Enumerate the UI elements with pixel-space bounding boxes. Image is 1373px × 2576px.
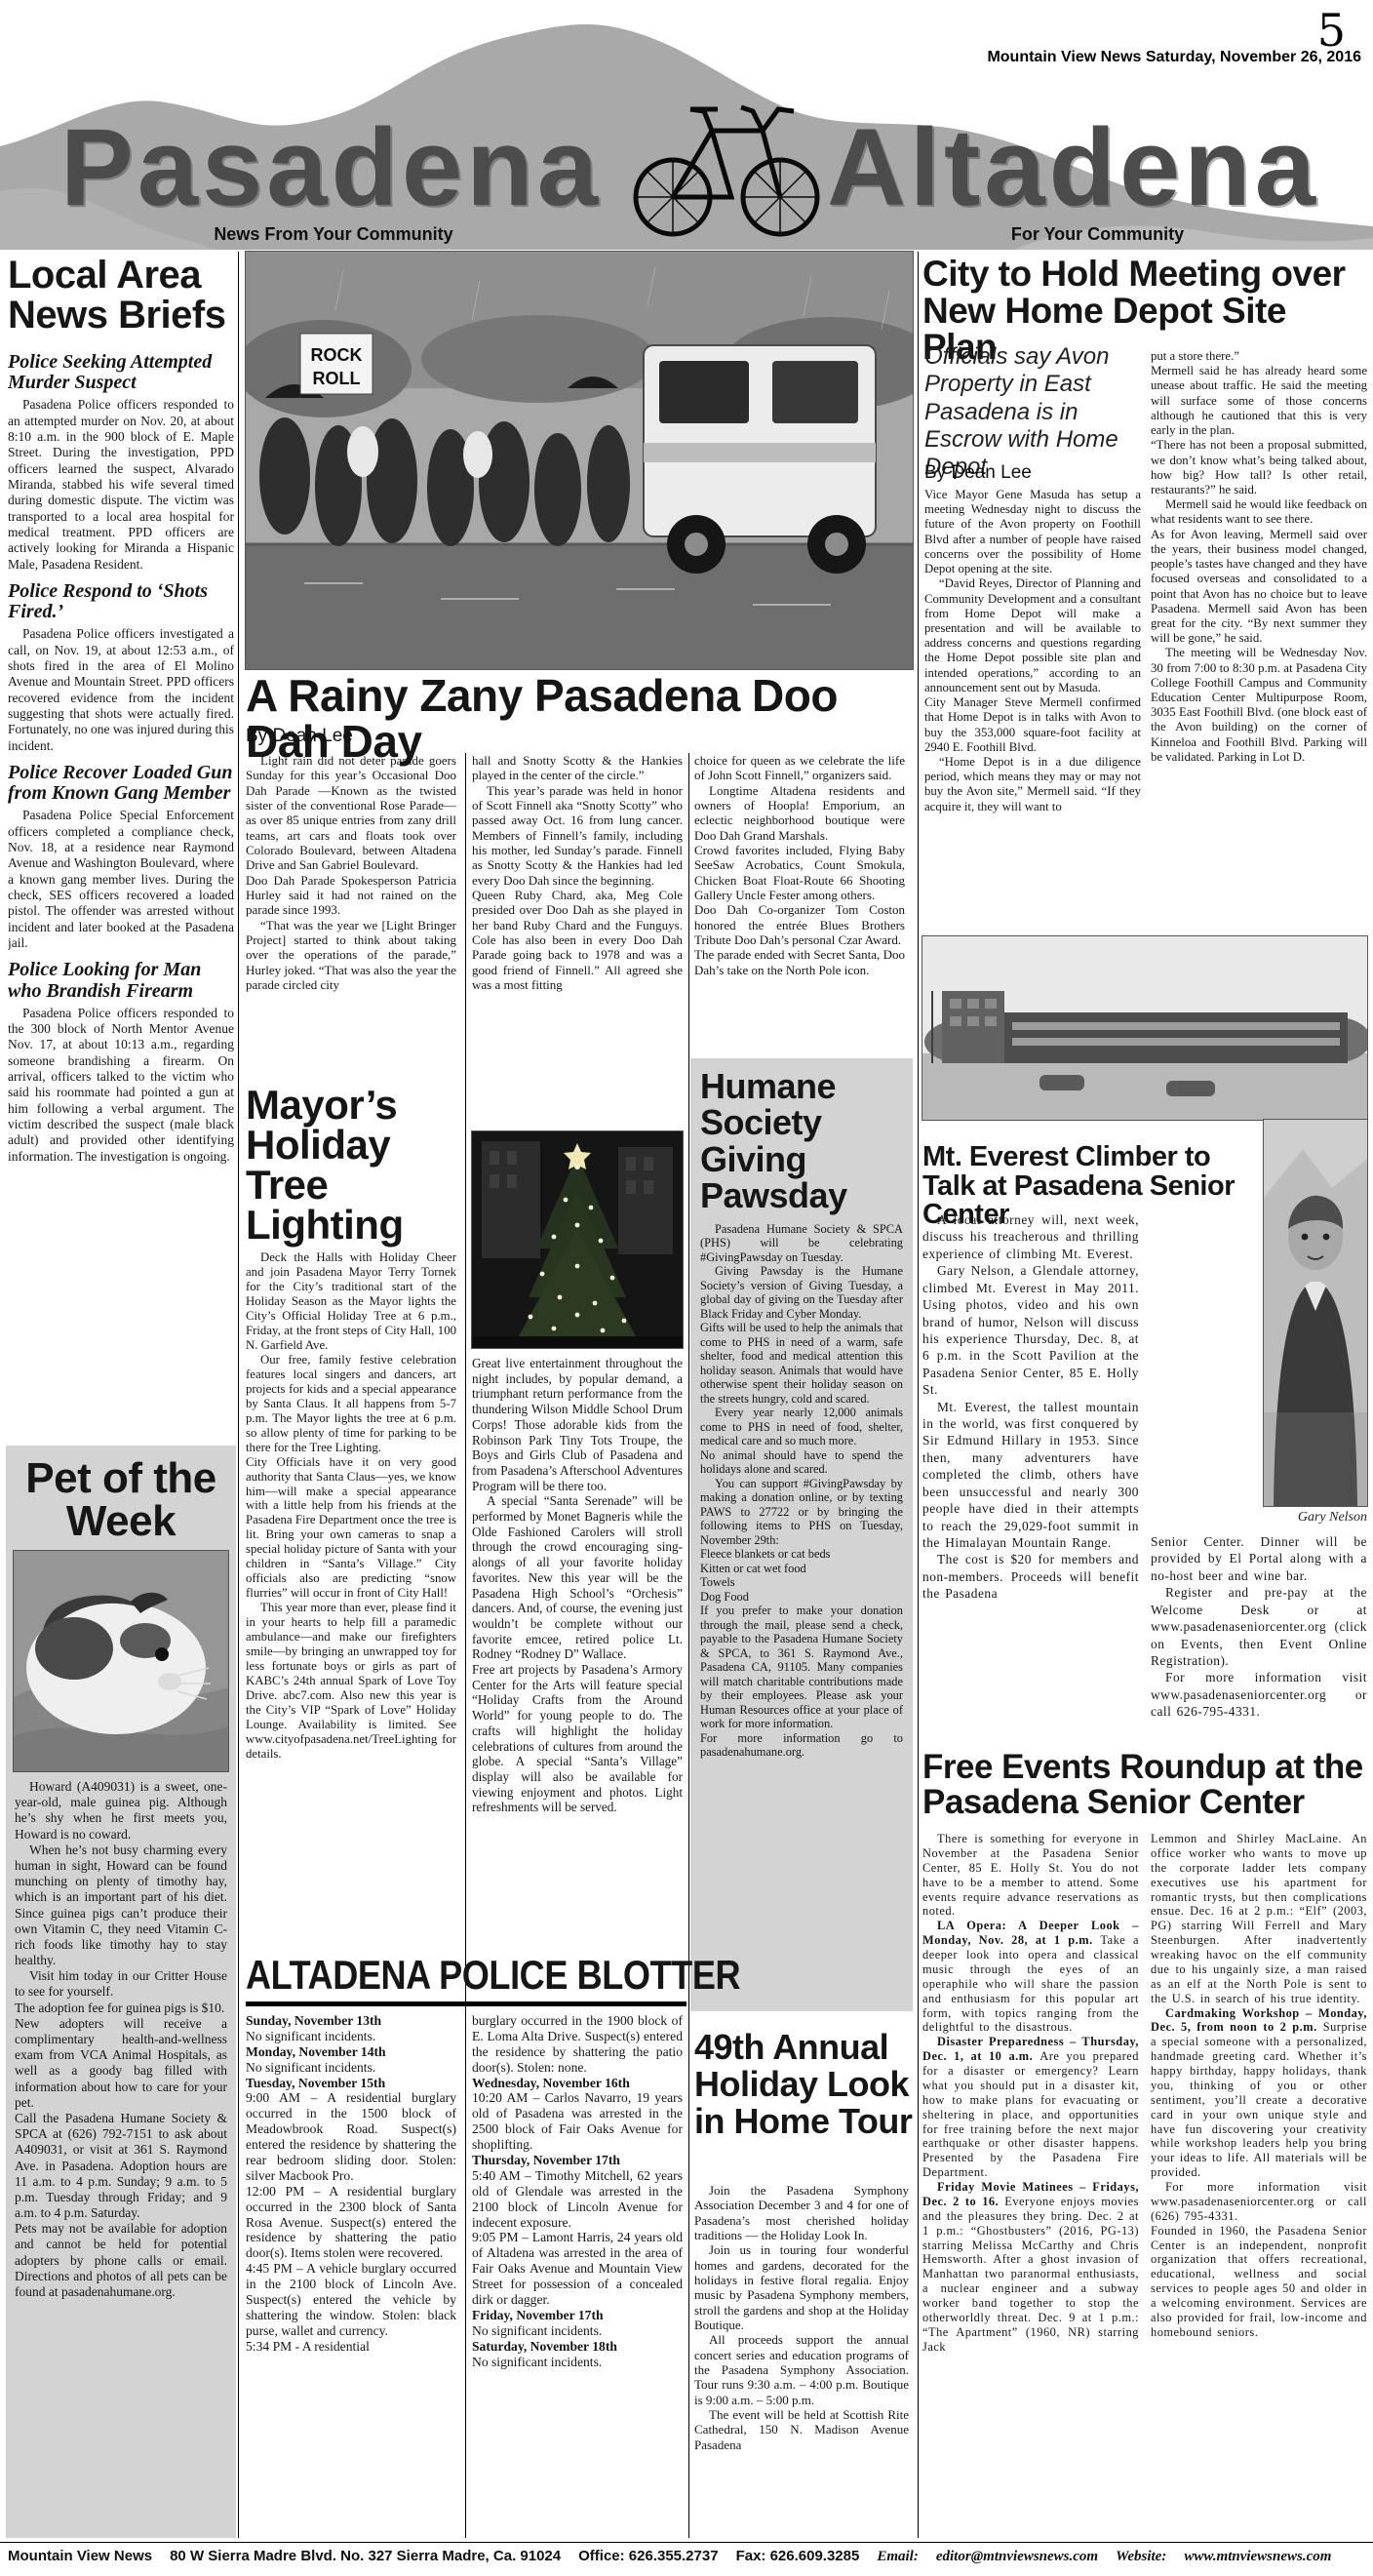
free-events-col2: Lemmon and Shirley MacLaine. An office w… bbox=[1151, 1832, 1367, 2534]
brief-heading: Police Respond to ‘Shots Fired.’ bbox=[8, 581, 234, 622]
footer-address: 80 W Sierra Madre Blvd. No. 327 Sierra M… bbox=[170, 2548, 561, 2564]
paragraph: For more information visit www.pasadenas… bbox=[1151, 1669, 1367, 1720]
paragraph: Every year nearly 12,000 animals come to… bbox=[700, 1406, 903, 1448]
footer: Mountain View News 80 W Sierra Madre Blv… bbox=[8, 2548, 1365, 2565]
paragraph: A local attorney will, next week, discus… bbox=[922, 1211, 1139, 1262]
paragraph: There is something for everyone in Novem… bbox=[922, 1832, 1139, 1919]
footer-office-phone: Office: 626.355.2737 bbox=[578, 2548, 718, 2564]
paragraph: “There has not been a proposal submitted… bbox=[1151, 438, 1367, 497]
doo-dah-col3: choice for queen as we celebrate the lif… bbox=[694, 753, 905, 1051]
paragraph: 5:34 PM - A residential bbox=[246, 2339, 456, 2355]
paragraph: choice for queen as we celebrate the lif… bbox=[694, 753, 905, 783]
paragraph: hall and Snotty Scotty & the Hankies pla… bbox=[472, 753, 683, 783]
paragraph: Queen Ruby Chard, aka, Meg Cole presided… bbox=[472, 888, 683, 992]
footer-fax: Fax: 626.609.3285 bbox=[736, 2548, 860, 2564]
paragraph: You can support #GivingPawsday by making… bbox=[700, 1477, 903, 1548]
paragraph: Monday, November 14th bbox=[246, 2044, 456, 2060]
mayors-tree-col2: Great live entertainment throughout the … bbox=[472, 1356, 683, 1970]
guinea-pig-photo bbox=[14, 1551, 228, 1771]
paragraph: Pets may not be available for adoption a… bbox=[15, 2221, 227, 2300]
paragraph: Visit him today in our Critter House to … bbox=[15, 1968, 227, 2000]
home-depot-col2: put a store there.”Mermell said he has a… bbox=[1151, 349, 1367, 929]
doo-dah-title: A Rainy Zany Pasadena Doo Dah Day bbox=[246, 673, 913, 765]
police-blotter-rule bbox=[246, 2001, 686, 2006]
paragraph: For more information go to pasadenahuman… bbox=[700, 1731, 903, 1760]
paragraph: No significant incidents. bbox=[472, 2355, 683, 2370]
paragraph: Towels bbox=[700, 1575, 903, 1590]
paragraph: Our free, family festive celebration fea… bbox=[246, 1353, 456, 1455]
paragraph: Fleece blankets or cat beds bbox=[700, 1547, 903, 1562]
paragraph: Mermell said he has already heard some u… bbox=[1151, 364, 1367, 438]
paragraph: Lemmon and Shirley MacLaine. An office w… bbox=[1151, 1832, 1367, 2006]
paragraph: Longtime Altadena residents and owners o… bbox=[694, 783, 905, 843]
paragraph: If you prefer to make your donation thro… bbox=[700, 1604, 903, 1731]
paragraph: burglary occurred in the 1900 block of E… bbox=[472, 2013, 683, 2076]
mayors-tree-title: Mayor’s Holiday Tree Lighting bbox=[246, 1085, 451, 1246]
everest-col2: Senior Center. Dinner will be provided b… bbox=[1151, 1533, 1367, 1738]
free-events-title: Free Events Roundup at the Pasadena Seni… bbox=[922, 1750, 1369, 1819]
paragraph: The adoption fee for guinea pigs is $10. bbox=[15, 2001, 227, 2016]
paragraph: When he’s not busy charming every human … bbox=[15, 1843, 227, 1969]
pet-of-the-week-title: Pet of the Week bbox=[14, 1457, 228, 1543]
paragraph: 9:05 PM – Lamont Harris, 24 years old of… bbox=[472, 2230, 683, 2307]
paragraph: 10:20 AM – Carlos Navarro, 19 years old … bbox=[472, 2090, 683, 2153]
paragraph: Sunday, November 13th bbox=[246, 2013, 456, 2029]
paragraph: Crowd favorites included, Flying Baby Se… bbox=[694, 843, 905, 902]
tagline-right: For Your Community bbox=[827, 224, 1368, 245]
paragraph: Doo Dah Co-organizer Tom Coston honored … bbox=[694, 902, 905, 947]
parade-sign-text: ROLL bbox=[313, 369, 361, 388]
paragraph: The parade ended with Secret Santa, Doo … bbox=[694, 947, 905, 977]
paragraph: No significant incidents. bbox=[472, 2323, 683, 2339]
paragraph: No significant incidents. bbox=[246, 2029, 456, 2044]
local-briefs-body: Police Seeking Attempted Murder SuspectP… bbox=[8, 343, 234, 1438]
paragraph: Howard (A409031) is a sweet, one-year-ol… bbox=[15, 1779, 227, 1843]
paragraph: Pasadena Police officers investigated a … bbox=[8, 626, 234, 754]
home-depot-subhead: Officials say Avon Property in East Pasa… bbox=[924, 343, 1144, 482]
paragraph: All proceeds support the annual concert … bbox=[694, 2332, 909, 2407]
police-blotter-col1: Sunday, November 13thNo significant inci… bbox=[246, 2013, 456, 2538]
brief-heading: Police Recover Loaded Gun from Known Gan… bbox=[8, 763, 234, 804]
paragraph: Tuesday, November 15th bbox=[246, 2076, 456, 2091]
paragraph: Senior Center. Dinner will be provided b… bbox=[1151, 1533, 1367, 1584]
paragraph: put a store there.” bbox=[1151, 349, 1367, 364]
paragraph: Pasadena Police officers responded to an… bbox=[8, 397, 234, 573]
paragraph: Doo Dah Parade Spokesperson Patricia Hur… bbox=[246, 873, 456, 918]
tree-lighting-photo bbox=[472, 1131, 683, 1348]
paragraph: Pasadena Police officers responded to th… bbox=[8, 1006, 234, 1165]
paragraph: New adopters will receive a complimentar… bbox=[15, 2016, 227, 2111]
brief-heading: Police Looking for Man who Brandish Fire… bbox=[8, 960, 234, 1001]
humane-society-body: Pasadena Humane Society & SPCA (PHS) wil… bbox=[700, 1222, 903, 1993]
footer-website-label: Website: bbox=[1116, 2549, 1166, 2565]
paragraph: Great live entertainment throughout the … bbox=[472, 1356, 683, 1493]
doo-dah-parade-photo: ROCK ROLL bbox=[246, 252, 913, 669]
paragraph: For more information visit www.pasadenas… bbox=[1151, 2180, 1367, 2224]
mayors-tree-col1: Deck the Halls with Holiday Cheer and jo… bbox=[246, 1250, 456, 1933]
footer-email-label: Email: bbox=[877, 2549, 919, 2565]
paragraph: Register and pre-pay at the Welcome Desk… bbox=[1151, 1584, 1367, 1669]
footer-rule bbox=[0, 2542, 1373, 2543]
humane-society-box: Humane Society Giving Pawsday Pasadena H… bbox=[690, 1058, 913, 2011]
home-tour-body: Join the Pasadena Symphony Association D… bbox=[694, 2183, 909, 2534]
paragraph: Dog Food bbox=[700, 1590, 903, 1605]
paragraph: City Manager Steve Mermell confirmed tha… bbox=[924, 695, 1141, 755]
paragraph: Friday, November 17th bbox=[472, 2308, 683, 2323]
column-rule bbox=[238, 252, 239, 2538]
avon-building-photo bbox=[922, 936, 1367, 1120]
gary-nelson-photo bbox=[1264, 1120, 1367, 1506]
paragraph: A special “Santa Serenade” will be perfo… bbox=[472, 1493, 683, 1662]
bicycle-icon bbox=[626, 60, 826, 246]
tagline-left: News From Your Community bbox=[60, 224, 607, 245]
paragraph: 4:45 PM – A vehicle burglary occurred in… bbox=[246, 2261, 456, 2338]
pet-of-the-week-box: Pet of the Week Howard (A409031) is a sw… bbox=[6, 1446, 236, 2538]
paragraph: The meeting will be Wednesday Nov. 30 fr… bbox=[1151, 646, 1367, 765]
free-events-col1: There is something for everyone in Novem… bbox=[922, 1832, 1139, 2534]
humane-society-title: Humane Society Giving Pawsday bbox=[700, 1068, 903, 1214]
paragraph: This year’s parade was held in honor of … bbox=[472, 783, 683, 888]
pet-of-the-week-body: Howard (A409031) is a sweet, one-year-ol… bbox=[15, 1779, 227, 2540]
masthead-title-pasadena: Pasadena bbox=[60, 113, 602, 222]
paragraph: Deck the Halls with Holiday Cheer and jo… bbox=[246, 1250, 456, 1353]
paragraph: 5:40 AM – Timothy Mitchell, 62 years old… bbox=[472, 2168, 683, 2231]
paragraph: 9:00 AM – A residential burglary occurre… bbox=[246, 2090, 456, 2183]
paragraph: No animal should have to spend the holid… bbox=[700, 1448, 903, 1477]
paragraph: City Officials have it on very good auth… bbox=[246, 1455, 456, 1602]
paragraph: Founded in 1960, the Pasadena Senior Cen… bbox=[1151, 2224, 1367, 2340]
home-tour-title: 49th Annual Holiday Look in Home Tour bbox=[694, 2029, 913, 2139]
paragraph: Gifts will be used to help the animals t… bbox=[700, 1321, 903, 1406]
masthead-title-altadena: Altadena bbox=[827, 113, 1319, 222]
paragraph: 12:00 PM – A residential burglary occurr… bbox=[246, 2184, 456, 2261]
footer-paper-name: Mountain View News bbox=[8, 2548, 152, 2564]
brief-heading: Police Seeking Attempted Murder Suspect bbox=[8, 352, 234, 393]
paragraph: “Home Depot is in a due diligence period… bbox=[924, 755, 1141, 814]
paragraph: Kitten or cat wet food bbox=[700, 1562, 903, 1576]
paragraph: “David Reyes, Director of Planning and C… bbox=[924, 576, 1141, 695]
paragraph: The event will be held at Scottish Rite … bbox=[694, 2407, 909, 2452]
newspaper-page: 5 Mountain View News Saturday, November … bbox=[0, 0, 1373, 2576]
paragraph: Vice Mayor Gene Masuda has setup a meeti… bbox=[924, 488, 1141, 576]
local-briefs-title: Local Area News Briefs bbox=[8, 256, 234, 336]
paragraph: Giving Pawsday is the Humane Society’s v… bbox=[700, 1264, 903, 1321]
police-blotter-title: ALTADENA POLICE BLOTTER bbox=[246, 1955, 640, 1997]
footer-email: editor@mtnviewsnews.com bbox=[936, 2549, 1098, 2565]
footer-website: www.mtnviewsnews.com bbox=[1184, 2549, 1331, 2565]
parade-sign-text: ROCK bbox=[311, 345, 363, 365]
paragraph: Free art projects by Pasadena’s Armory C… bbox=[472, 1662, 683, 1815]
paragraph: This year more than ever, please find it… bbox=[246, 1601, 456, 1762]
paragraph: The cost is $20 for members and non-memb… bbox=[922, 1551, 1139, 1602]
page-number: 5 bbox=[1317, 8, 1346, 53]
doo-dah-col2: hall and Snotty Scotty & the Hankies pla… bbox=[472, 753, 683, 1083]
paragraph: Join us in touring four wonderful homes … bbox=[694, 2242, 909, 2332]
home-depot-byline: By Dean Lee bbox=[924, 462, 1032, 484]
paragraph: LA Opera: A Deeper Look – Monday, Nov. 2… bbox=[922, 1919, 1139, 2035]
home-depot-col1: Vice Mayor Gene Masuda has setup a meeti… bbox=[924, 488, 1141, 929]
paragraph: Join the Pasadena Symphony Association D… bbox=[694, 2183, 909, 2242]
paragraph: Saturday, November 18th bbox=[472, 2339, 683, 2355]
paragraph: Wednesday, November 16th bbox=[472, 2076, 683, 2091]
paragraph: Gary Nelson, a Glendale attorney, climbe… bbox=[922, 1262, 1139, 1398]
paragraph: Disaster Preparedness – Thursday, Dec. 1… bbox=[922, 2035, 1139, 2180]
gary-nelson-caption: Gary Nelson bbox=[1264, 1510, 1367, 1526]
paragraph: No significant incidents. bbox=[246, 2060, 456, 2076]
everest-col1: A local attorney will, next week, discus… bbox=[922, 1211, 1139, 1738]
masthead: 5 Mountain View News Saturday, November … bbox=[0, 0, 1373, 250]
paragraph: Pasadena Humane Society & SPCA (PHS) wil… bbox=[700, 1222, 903, 1265]
column-rule bbox=[688, 753, 689, 2538]
paragraph: Thursday, November 17th bbox=[472, 2153, 683, 2168]
edition-line: Mountain View News Saturday, November 26… bbox=[987, 49, 1361, 66]
paragraph: Friday Movie Matinees – Fridays, Dec. 2 … bbox=[922, 2180, 1139, 2355]
paragraph: Pasadena Police Special Enforcement offi… bbox=[8, 808, 234, 951]
paragraph: Call the Pasadena Humane Society & SPCA … bbox=[15, 2111, 227, 2221]
paragraph: “That was the year we [Light Bringer Pro… bbox=[246, 918, 456, 993]
doo-dah-col1: Light rain did not deter parade goers Su… bbox=[246, 753, 456, 1083]
paragraph: Mt. Everest, the tallest mountain in the… bbox=[922, 1399, 1139, 1552]
column-rule bbox=[918, 252, 919, 2538]
paragraph: Light rain did not deter parade goers Su… bbox=[246, 753, 456, 873]
police-blotter-col2: burglary occurred in the 1900 block of E… bbox=[472, 2013, 683, 2538]
paragraph: Cardmaking Workshop – Monday, Dec. 5, fr… bbox=[1151, 2006, 1367, 2181]
paragraph: As for Avon leaving, Mermell said over t… bbox=[1151, 528, 1367, 647]
column-rule bbox=[465, 753, 466, 2538]
paragraph: Mermell said he would like feedback on w… bbox=[1151, 497, 1367, 527]
doo-dah-byline: By Dean Lee bbox=[246, 726, 353, 747]
